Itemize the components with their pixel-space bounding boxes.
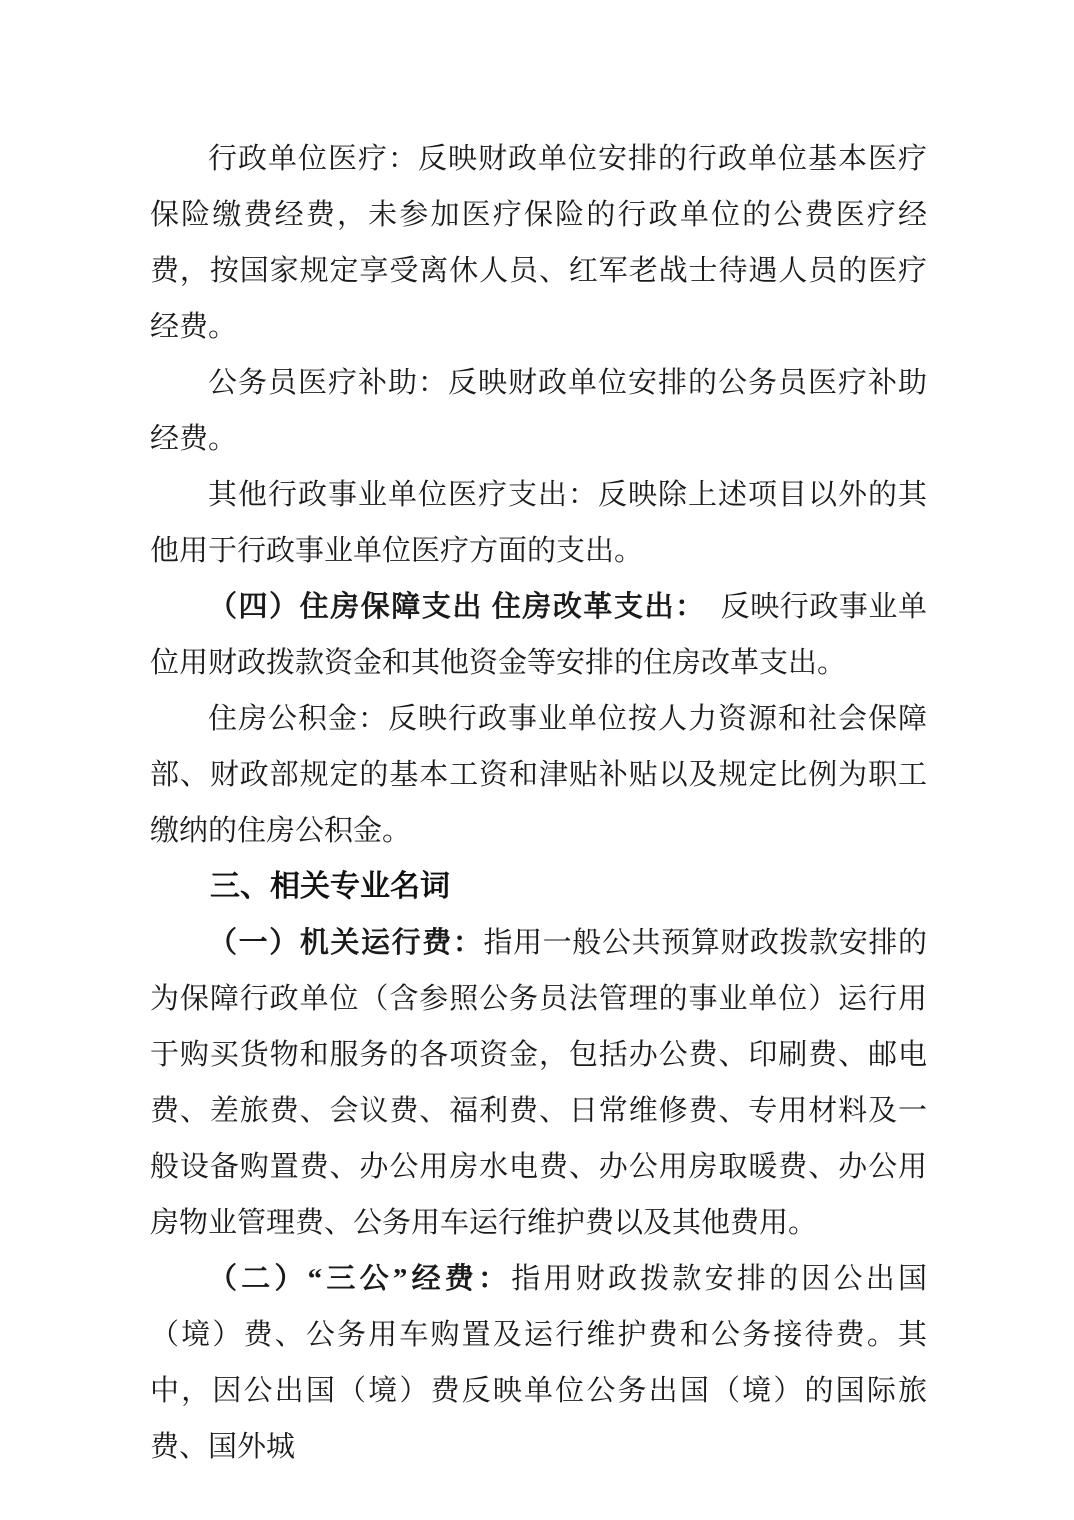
paragraph-three-public-funds-lead: （二）“三公”经费： [208,1263,511,1295]
paragraph-civil-servant-medical-subsidy: 公务员医疗补助：反映财政单位安排的公务员医疗补助经费。 [150,355,927,467]
paragraph-agency-operating-cost: （一）机关运行费：指用一般公共预算财政拨款安排的为保障行政单位（含参照公务员法管… [150,915,927,1251]
paragraph-agency-operating-cost-lead: （一）机关运行费： [208,927,483,959]
paragraph-admin-unit-medical: 行政单位医疗：反映财政单位安排的行政单位基本医疗保险缴费经费，未参加医疗保险的行… [150,131,927,355]
paragraph-housing-security-lead: （四）住房保障支出 住房改革支出： [208,591,691,623]
paragraph-housing-provident-fund: 住房公积金：反映行政事业单位按人力资源和社会保障部、财政部规定的基本工资和津贴补… [150,691,927,859]
paragraph-other-admin-medical-expense: 其他行政事业单位医疗支出：反映除上述项目以外的其他用于行政事业单位医疗方面的支出… [150,467,927,579]
section-heading-related-terms: 三、相关专业名词 [150,859,927,915]
document-page: 行政单位医疗：反映财政单位安排的行政单位基本医疗保险缴费经费，未参加医疗保险的行… [0,0,1074,1520]
paragraph-agency-operating-cost-body: 指用一般公共预算财政拨款安排的为保障行政单位（含参照公务员法管理的事业单位）运行… [150,927,927,1239]
paragraph-housing-security: （四）住房保障支出 住房改革支出： 反映行政事业单位用财政拨款资金和其他资金等安… [150,579,927,691]
paragraph-three-public-funds: （二）“三公”经费：指用财政拨款安排的因公出国（境）费、公务用车购置及运行维护费… [150,1251,927,1475]
